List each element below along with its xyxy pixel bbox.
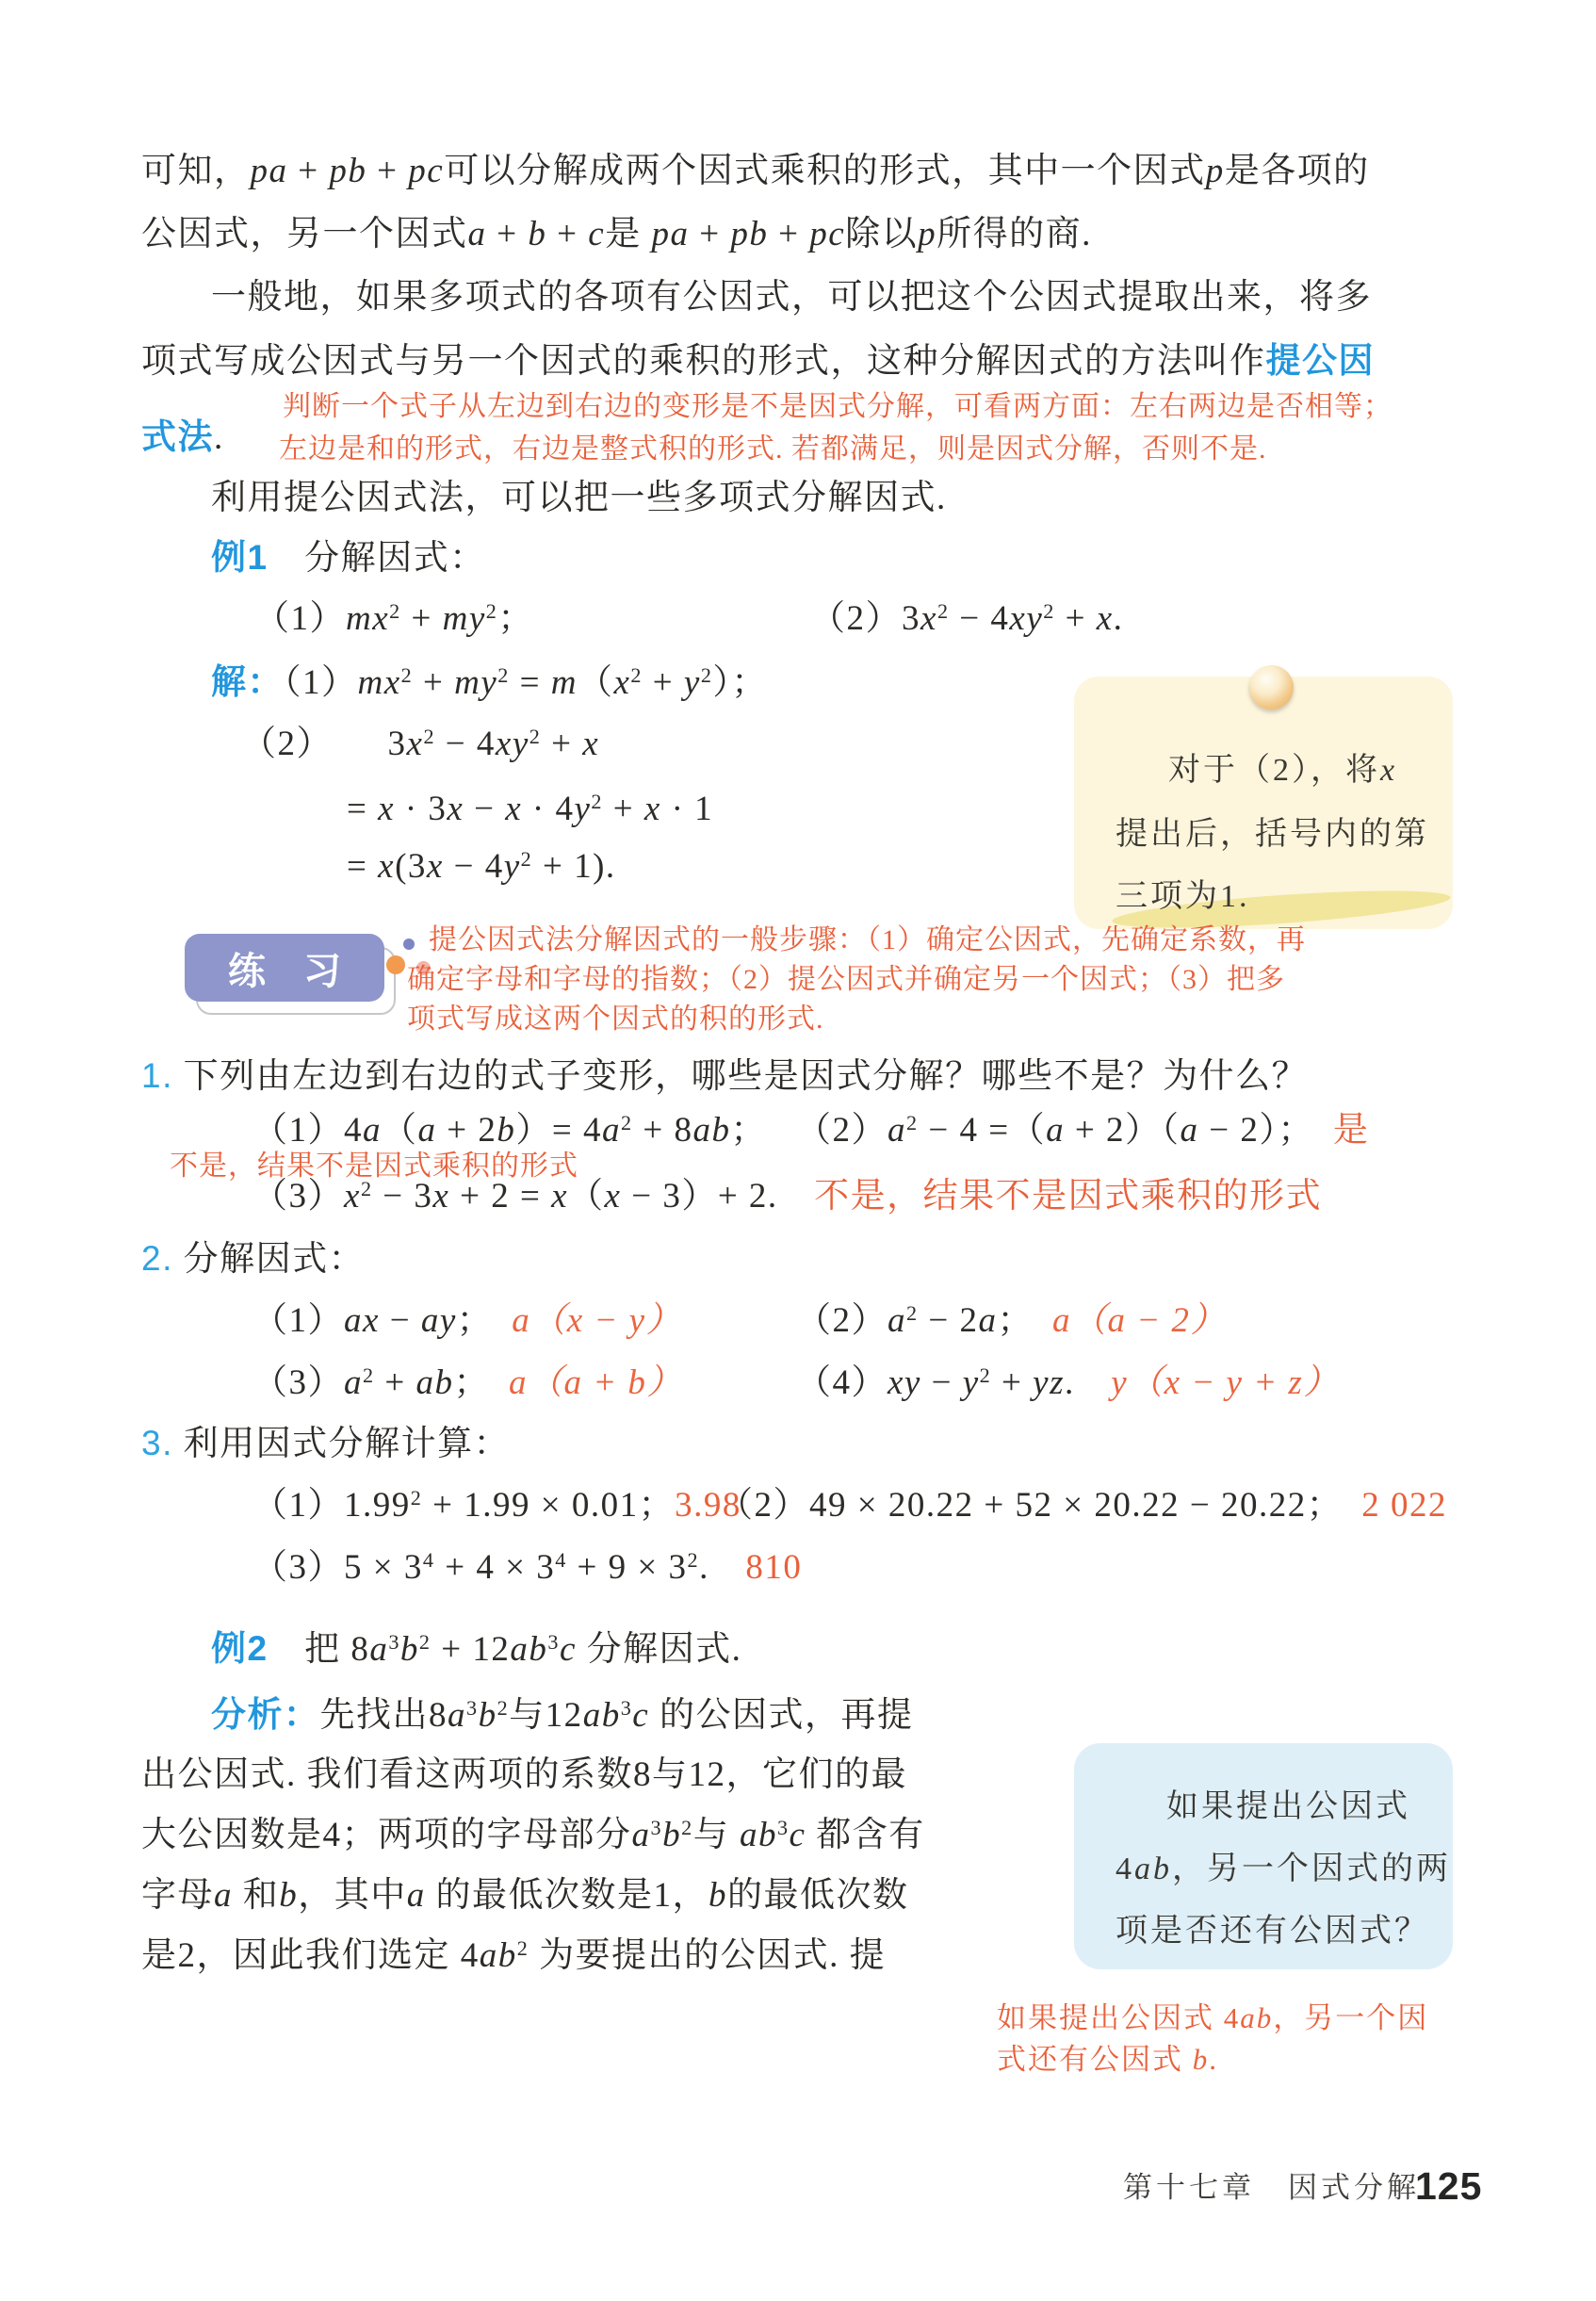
question3-item-3: （3）5 × 34 + 4 × 34 + 9 × 32. 810 (252, 1545, 802, 1591)
text-segment: x (378, 790, 395, 828)
text-segment: 公因式，另一个因式 (141, 215, 468, 253)
text-segment: 2 (980, 1363, 992, 1387)
handwritten-steps-line-2: 确定字母和字母的指数；（2）提公因式并确定另一个因式；（3）把多 (407, 961, 1285, 998)
text-segment: + (689, 215, 730, 253)
text-segment: 提公因 (1266, 341, 1376, 380)
text-segment: 的最低次数是1， (426, 1876, 708, 1915)
text-segment: 把 8 (269, 1630, 370, 1669)
text-segment: 2 (681, 1816, 693, 1839)
text-segment: − 4 (950, 599, 1010, 638)
text-segment: 一般地，如果多项式的各项有公因式，可以把这个公因式提取出来，将多 (211, 278, 1372, 317)
margin-note-yellow: 对于（2），将x 提出后，括号内的第 三项为1. (1074, 677, 1453, 929)
text-segment: ）= 4 (515, 1111, 602, 1150)
text-segment: 2 (517, 1936, 529, 1960)
text-segment: a (369, 1630, 388, 1669)
text-segment: c (588, 215, 605, 253)
question2-item-1: （1）ax − ay； a（x − y） (252, 1298, 682, 1344)
text-segment: . (1065, 1363, 1075, 1402)
text-segment: 2 (591, 790, 603, 813)
intro-line-2: 公因式，另一个因式a + b + c是 pa + pb + pc除以p所得的商. (141, 212, 1092, 257)
text-segment: yz (1033, 1363, 1065, 1402)
text-segment: c (560, 1630, 577, 1669)
text-segment: = (347, 790, 378, 828)
question1-item-2: （2）a2 − 4 =（a + 2）（a − 2）； 是 (796, 1108, 1369, 1153)
text-segment: （2）3 (810, 599, 920, 638)
text-segment: 2 (906, 1301, 919, 1325)
intro-line-5: 式法. (141, 415, 224, 461)
text-segment: − (464, 790, 505, 828)
text-segment: 810 (709, 1548, 803, 1587)
text-segment: 式还有公因式 (997, 2043, 1193, 2076)
text-segment: 2 (361, 1177, 373, 1200)
solution-line-4: = x(3x − 4y2 + 1). (347, 844, 616, 889)
text-segment: + 2 (437, 1111, 497, 1150)
text-segment: （1） (284, 663, 358, 702)
text-segment: ab (1240, 2001, 1273, 2034)
text-segment: 2. (141, 1239, 173, 1278)
text-segment: 1. (141, 1056, 173, 1095)
text-segment: 2 (521, 847, 533, 871)
text-segment: + 9 × 3 (567, 1548, 688, 1587)
text-segment: （3）5 × 3 (252, 1548, 423, 1587)
example2-heading: 例2 把 8a3b2 + 12ab3c 分解因式. (211, 1626, 741, 1673)
text-segment: ； (497, 599, 534, 638)
text-segment: b (400, 1630, 419, 1669)
text-segment: c (790, 1816, 806, 1854)
text-segment: x (432, 1177, 449, 1216)
text-segment: 出公因式. 我们看这两项的系数8与12，它们的最 (141, 1755, 907, 1794)
pearl-icon (1249, 665, 1294, 710)
question3-heading: 3. 利用因式分解计算： (141, 1421, 510, 1467)
text-segment: 解： (211, 662, 284, 701)
solution-line-2: （2） 3x2 − 4xy2 + x (241, 722, 599, 767)
text-segment: x (1380, 753, 1397, 788)
text-segment: pc (408, 152, 444, 190)
text-segment: b (662, 1816, 681, 1854)
text-segment: 提出后，括号内的第 (1116, 817, 1429, 852)
text-segment: 分解因式： (173, 1240, 365, 1279)
text-segment: + 1.99 × 0.01； (422, 1486, 675, 1525)
text-segment: c (632, 1696, 649, 1735)
solution-line-1: 解：（1）mx2 + my2 = m（x2 + y2）； (211, 660, 768, 706)
analysis-line-4: 字母a 和b，其中a 的最低次数是1，b的最低次数 (141, 1873, 909, 1918)
text-segment: 利用因式分解计算： (173, 1425, 510, 1463)
text-segment: a (602, 1111, 621, 1150)
text-segment: 2 (937, 599, 950, 623)
text-segment: （3） (252, 1177, 344, 1216)
text-segment: 分解因式. (577, 1630, 742, 1669)
text-segment: 提公因式法分解因式的一般步骤：（1）确定公因式，先确定系数，再 (429, 924, 1306, 955)
text-segment: a (363, 1111, 382, 1150)
text-segment: 判断一个式子从左边到右边的变形是不是因式分解，可看两方面：左右两边是否相等； (283, 391, 1392, 422)
text-segment: 如果提出公因式 4 (997, 2001, 1240, 2034)
text-segment: mx (346, 599, 389, 638)
text-segment: my (454, 663, 497, 702)
text-segment: − 4 (435, 725, 496, 763)
text-segment: b (1193, 2043, 1210, 2076)
text-segment: 和 (233, 1876, 279, 1915)
text-segment: + (487, 215, 529, 253)
text-segment: 2 (497, 1696, 510, 1720)
practice-badge-label: 练 习 (185, 934, 384, 1002)
handwritten-steps-line-3: 项式写成这两个因式的积的形式. (407, 1001, 824, 1037)
text-segment: y (504, 847, 521, 886)
text-segment: 先找出8 (320, 1696, 448, 1735)
intro-line-4: 项式写成公因式与另一个因式的乘积的形式，这种分解因式的方法叫作提公因 (141, 338, 1375, 384)
text-segment: ab (510, 1630, 547, 1669)
text-segment: − (921, 1363, 963, 1402)
text-segment: a（a − 2） (1016, 1301, 1226, 1340)
text-segment: xy (888, 1363, 921, 1402)
text-segment: y (684, 663, 701, 702)
text-segment: + 2 = (449, 1177, 551, 1216)
text-segment: 3 (547, 1630, 560, 1654)
text-segment: 对于（2），将 (1168, 753, 1380, 788)
text-segment: + (288, 152, 330, 190)
text-segment: a (978, 1301, 997, 1340)
question3-item-2: （2）49 × 20.22 + 52 × 20.22 − 20.22； 2 02… (718, 1483, 1447, 1528)
purple-dot-decoration (403, 938, 415, 950)
orange-dot-decoration (386, 955, 405, 974)
text-segment: ab (692, 1111, 730, 1150)
text-segment: 是2，因此我们选定 4 (141, 1936, 480, 1975)
solution-line-3: = x · 3x − x · 4y2 + x · 1 (347, 787, 713, 832)
text-segment: 2 (401, 663, 414, 687)
text-segment: · 3 (395, 790, 447, 828)
text-segment: my (443, 599, 486, 638)
text-segment: 2 (688, 1548, 700, 1572)
text-segment: 是 (1296, 1111, 1369, 1150)
text-segment: a (407, 1876, 426, 1915)
text-segment: ； (453, 1363, 472, 1402)
text-segment: 可知， (141, 152, 251, 190)
text-segment: pc (809, 215, 845, 253)
text-segment: y (963, 1363, 980, 1402)
text-segment: 2 (701, 663, 713, 687)
text-segment: 利用提公因式法，可以把一些多项式分解因式. (211, 479, 947, 517)
text-segment: （2） (796, 1111, 888, 1150)
analysis-line-1: 分析：先找出8a3b2与12ab3c 的公因式，再提 (211, 1692, 913, 1738)
text-segment: （2）49 × 20.22 + 52 × 20.22 − 20.22； (718, 1486, 1326, 1525)
text-segment: 下列由左边到右边的式子变形，哪些是因式分解？哪些不是？为什么？ (173, 1057, 1308, 1096)
text-segment: 例2 (211, 1629, 269, 1668)
text-segment: · 1 (661, 790, 713, 828)
text-segment: − 4 =（ (919, 1111, 1046, 1150)
text-segment: y (574, 790, 591, 828)
text-segment: 确定字母和字母的指数；（2）提公因式并确定另一个因式；（3）把多 (407, 964, 1285, 995)
text-segment: x (378, 847, 395, 886)
text-segment: x (1097, 599, 1114, 638)
question2-heading: 2. 分解因式： (141, 1236, 365, 1282)
text-segment: a (1046, 1111, 1065, 1150)
text-segment: 2 (1043, 599, 1055, 623)
text-segment: xy (1009, 599, 1043, 638)
question2-item-2: （2）a2 − 2a； a（a − 2） (796, 1298, 1227, 1344)
text-segment: ab (415, 1363, 453, 1402)
text-segment: 3. (141, 1424, 173, 1462)
analysis-line-5: 是2，因此我们选定 4ab2 为要提出的公因式. 提 (141, 1934, 886, 1979)
text-segment: 2 (419, 1630, 432, 1654)
text-segment: 大公因数是4；两项的字母部分 (141, 1816, 632, 1854)
text-segment: 除以 (845, 215, 918, 253)
text-segment: + (603, 790, 644, 828)
text-segment: mx (358, 663, 401, 702)
text-segment: 2 (497, 663, 510, 687)
text-segment: 与 (693, 1816, 740, 1854)
text-segment: + (991, 1363, 1033, 1402)
footer-page-number: 125 (1415, 2162, 1482, 2211)
text-segment: 与12 (509, 1696, 583, 1735)
text-segment: 所得的商. (936, 215, 1092, 253)
text-segment: ，其中 (298, 1876, 407, 1915)
text-segment: xy (496, 725, 529, 763)
text-segment: 3 (777, 1816, 790, 1839)
text-segment: 2 022 (1326, 1486, 1447, 1525)
text-segment: . (1209, 2043, 1218, 2076)
textbook-page: 可知，pa + pb + pc可以分解成两个因式乘积的形式，其中一个因式p是各项… (0, 0, 1596, 2301)
blue-note-line-1: 如果提出公因式 (1166, 1787, 1410, 1828)
text-segment: + 12 (432, 1630, 511, 1669)
text-segment: x (505, 790, 522, 828)
text-segment: 例1 (211, 538, 269, 577)
text-segment: + (413, 663, 454, 702)
text-segment: 是 (605, 215, 651, 253)
blue-note-line-3: 项是否还有公因式？ (1116, 1911, 1429, 1952)
text-segment: （2） (796, 1301, 888, 1340)
text-segment: 三项为1. (1116, 879, 1250, 914)
text-segment: a (448, 1696, 466, 1735)
text-segment: p (918, 215, 936, 253)
text-segment: 4 (423, 1548, 435, 1572)
text-segment: x (605, 1177, 622, 1216)
intro-line-1: 可知，pa + pb + pc可以分解成两个因式乘积的形式，其中一个因式p是各项… (141, 149, 1370, 194)
text-segment: 2 (423, 725, 435, 748)
text-segment: 2 (486, 599, 498, 623)
text-segment: （ (568, 1177, 605, 1216)
text-segment: = (510, 663, 551, 702)
text-segment: x (920, 599, 937, 638)
text-segment: b (708, 1876, 727, 1915)
text-segment: 是各项的 (1225, 152, 1370, 190)
text-segment: ； (730, 1111, 767, 1150)
analysis-line-2: 出公因式. 我们看这两项的系数8与12，它们的最 (141, 1753, 907, 1798)
footer-chapter-title: 第十七章 因式分解 (1123, 2169, 1420, 2207)
text-segment: 3 (388, 1630, 400, 1654)
practice-badge: 练 习 (185, 934, 398, 1020)
text-segment: 为要提出的公因式. 提 (529, 1936, 886, 1975)
text-segment: a（a + b） (472, 1363, 682, 1402)
example1-item-2: （2）3x2 − 4xy2 + x. (810, 596, 1123, 642)
text-segment: − 3 (373, 1177, 433, 1216)
text-segment: a (468, 215, 487, 253)
text-segment: + 1). (532, 847, 615, 886)
text-segment: 3 (466, 1696, 479, 1720)
handwritten-judge-note-1: 判断一个式子从左边到右边的变形是不是因式分解，可看两方面：左右两边是否相等； (283, 388, 1392, 425)
blue-note-line-2: 4ab，另一个因式的两 (1116, 1849, 1451, 1890)
text-segment: pb (730, 215, 768, 253)
text-segment: a (888, 1111, 906, 1150)
text-segment: 4 (555, 1548, 567, 1572)
text-segment: 4 (1116, 1852, 1134, 1886)
text-segment: x (427, 847, 444, 886)
text-segment: + (366, 152, 408, 190)
text-segment: + (643, 663, 684, 702)
margin-note-blue: 如果提出公因式 4ab，另一个因式的两 项是否还有公因式？ (1074, 1743, 1453, 1969)
text-segment: （1） (252, 1301, 344, 1340)
text-segment: pa (651, 215, 689, 253)
text-segment: + 2）（ (1065, 1111, 1180, 1150)
text-segment: a (632, 1816, 651, 1854)
text-segment: b (497, 1111, 515, 1150)
text-segment: 3 (651, 1816, 663, 1839)
text-segment: x (551, 1177, 568, 1216)
text-segment: （1）1.99 (252, 1486, 411, 1525)
text-segment: pb (329, 152, 366, 190)
text-segment: x (613, 663, 630, 702)
yellow-note-line-2: 提出后，括号内的第 (1116, 814, 1429, 856)
text-segment: + (1055, 599, 1097, 638)
text-segment: x (447, 790, 464, 828)
text-segment: 项式写成这两个因式的积的形式. (407, 1004, 824, 1035)
text-segment: ab (583, 1696, 621, 1735)
text-segment: 2 (630, 663, 643, 687)
text-segment: 2 (363, 1363, 375, 1387)
question1-item-1: （1）4a（a + 2b）= 4a2 + 8ab； (252, 1108, 767, 1153)
text-segment: （2） 3 (241, 725, 407, 763)
text-segment: 分析： (211, 1695, 320, 1734)
text-segment: . (214, 418, 224, 457)
text-segment: ）； (712, 663, 768, 702)
text-segment: − 3）+ 2. (621, 1177, 777, 1216)
text-segment: 项是否还有公因式？ (1116, 1914, 1429, 1949)
question2-item-4: （4）xy − y2 + yz. y（x − y + z） (796, 1361, 1340, 1406)
text-segment: （ (578, 663, 614, 702)
text-segment: （1） (254, 599, 346, 638)
text-segment: y（x − y + z） (1075, 1363, 1340, 1402)
text-segment: + (375, 1363, 416, 1402)
text-segment: 2 (621, 1111, 633, 1134)
text-segment: a (344, 1363, 363, 1402)
text-segment: 项式写成公因式与另一个因式的乘积的形式，这种分解因式的方法叫作 (141, 342, 1266, 381)
text-segment: 左边是和的形式，右边是整式积的形式. 若都满足，则是因式分解，否则不是. (279, 433, 1267, 465)
text-segment: p (1206, 152, 1225, 190)
text-segment: − 2）； (1198, 1111, 1296, 1150)
text-segment: x (644, 790, 661, 828)
handwritten-bottom-line-1: 如果提出公因式 4ab，另一个因 (997, 1999, 1428, 2037)
text-segment: （1）4 (252, 1111, 363, 1150)
text-segment: + 8 (633, 1111, 693, 1150)
question1-item-3: （3）x2 − 3x + 2 = x（x − 3）+ 2. 不是，结果不是因式乘… (252, 1174, 1322, 1219)
text-segment: − (380, 1301, 421, 1340)
text-segment: a (418, 1111, 437, 1150)
text-segment: 如果提出公因式 (1166, 1789, 1410, 1824)
text-segment: 式法 (141, 417, 214, 456)
text-segment: b (479, 1696, 497, 1735)
text-segment: （ (382, 1111, 418, 1150)
text-segment: 分解因式： (269, 539, 486, 578)
text-segment: ab (1134, 1852, 1172, 1886)
question1-heading: 1. 下列由左边到右边的式子变形，哪些是因式分解？哪些不是？为什么？ (141, 1053, 1308, 1100)
text-segment: ax (344, 1301, 380, 1340)
text-segment: （3） (252, 1363, 344, 1402)
text-segment: 2 (389, 599, 401, 623)
question3-item-1: （1）1.992 + 1.99 × 0.01；3.98 (252, 1483, 741, 1528)
text-segment: a (1180, 1111, 1198, 1150)
handwritten-steps-line-1: 提公因式法分解因式的一般步骤：（1）确定公因式，先确定系数，再 (429, 922, 1306, 958)
text-segment: （4） (796, 1363, 888, 1402)
text-segment: + (541, 725, 582, 763)
handwritten-bottom-line-2: 式还有公因式 b. (997, 2041, 1218, 2079)
text-segment: x (344, 1177, 361, 1216)
text-segment: ab (740, 1816, 777, 1854)
text-segment: ay (421, 1301, 457, 1340)
text-segment: x (407, 725, 424, 763)
question2-item-3: （3）a2 + ab； a（a + b） (252, 1361, 683, 1406)
intro-line-3: 一般地，如果多项式的各项有公因式，可以把这个公因式提取出来，将多 (211, 275, 1372, 320)
text-segment: − 2 (919, 1301, 979, 1340)
text-segment: (3 (395, 847, 427, 886)
yellow-note-line-1: 对于（2），将x (1168, 750, 1397, 791)
text-segment: ，另一个因 (1273, 2001, 1428, 2034)
example1-heading: 例1 分解因式： (211, 535, 486, 581)
yellow-note-line-3: 三项为1. (1116, 876, 1250, 918)
text-segment: ； (457, 1301, 476, 1340)
intro-line-6: 利用提公因式法，可以把一些多项式分解因式. (211, 476, 947, 521)
analysis-line-3: 大公因数是4；两项的字母部分a3b2与 ab3c 都含有 (141, 1813, 925, 1858)
text-segment: . (699, 1548, 709, 1587)
text-segment: 的公因式，再提 (649, 1696, 913, 1735)
text-segment: + 4 × 3 (434, 1548, 555, 1587)
text-segment: 2 (529, 725, 542, 748)
text-segment: · 4 (522, 790, 574, 828)
text-segment: m (551, 663, 578, 702)
text-segment: x (582, 725, 599, 763)
text-segment: pa (251, 152, 288, 190)
text-segment: 字母 (141, 1876, 214, 1915)
text-segment: 可以分解成两个因式乘积的形式，其中一个因式 (444, 152, 1206, 190)
text-segment: 的最低次数 (727, 1876, 909, 1915)
text-segment: 2 (411, 1486, 423, 1510)
handwritten-judge-note-2: 左边是和的形式，右边是整式积的形式. 若都满足，则是因式分解，否则不是. (279, 431, 1267, 467)
text-segment: 不是，结果不是因式乘积的形式 (778, 1177, 1323, 1216)
text-segment: + (401, 599, 443, 638)
text-segment: + (768, 215, 809, 253)
text-segment: + (546, 215, 588, 253)
text-segment: 3 (621, 1696, 633, 1720)
text-segment: b (528, 215, 546, 253)
example1-item-1: （1）mx2 + my2； (254, 596, 534, 642)
text-segment: ab (480, 1936, 517, 1975)
text-segment: 都含有 (806, 1816, 924, 1854)
text-segment: a（x − y） (476, 1301, 682, 1340)
text-segment: = (347, 847, 378, 886)
text-segment: a (888, 1301, 906, 1340)
text-segment: a (214, 1876, 233, 1915)
text-segment: − 4 (444, 847, 504, 886)
text-segment: 2 (906, 1111, 919, 1134)
text-segment: ，另一个因式的两 (1172, 1852, 1451, 1886)
text-segment: b (279, 1876, 298, 1915)
text-segment: . (1114, 599, 1124, 638)
text-segment: ； (997, 1301, 1016, 1340)
